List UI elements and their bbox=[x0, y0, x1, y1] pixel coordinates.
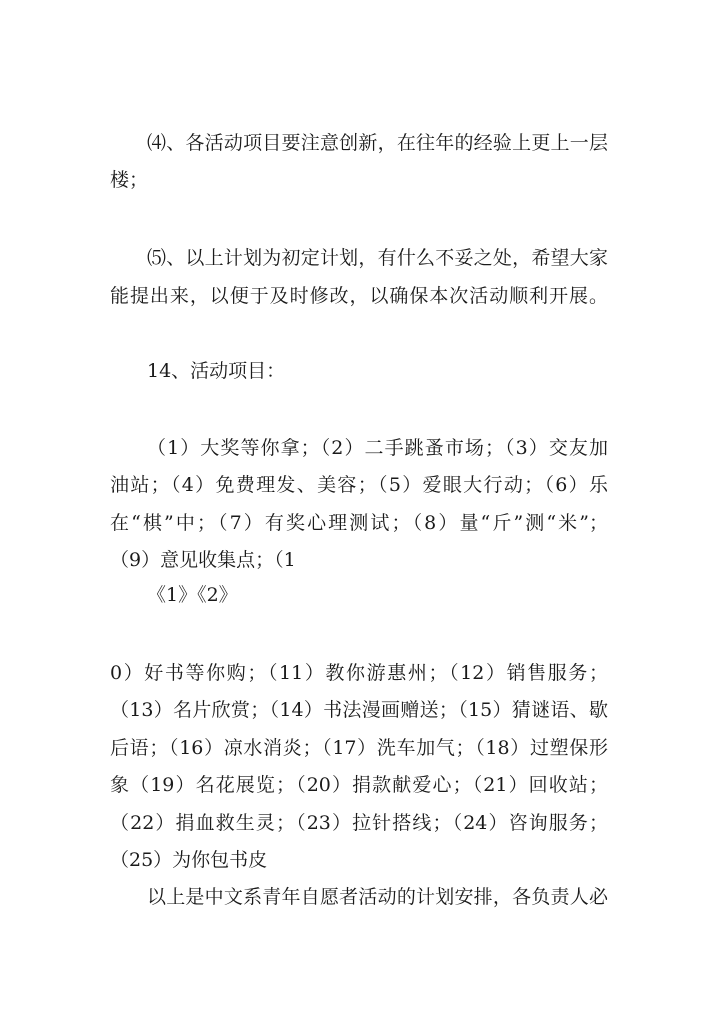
activity-line-2: 油站；（4）免费理发、美容；（5）爱眼大行动；（6）乐 bbox=[110, 473, 608, 497]
activity-line-10: （25）为你包书皮 bbox=[110, 848, 608, 872]
section-14-heading: 14、活动项目： bbox=[147, 359, 285, 383]
note-5-line-1: ⑸、以上计划为初定计划，有什么不妥之处，希望大家 bbox=[147, 246, 608, 270]
document-page: ⑷、各活动项目要注意创新，在往年的经验上更上一层 楼； ⑸、以上计划为初定计划，… bbox=[0, 0, 720, 1017]
note-5-line-2: 能提出来，以便于及时修改，以确保本次活动顺利开展。 bbox=[110, 284, 608, 308]
note-4-line-1: ⑷、各活动项目要注意创新，在往年的经验上更上一层 bbox=[147, 131, 608, 155]
activity-line-6: （13）名片欣赏；（14）书法漫画赠送；（15）猜谜语、歇 bbox=[110, 698, 608, 722]
activity-line-9: （22）捐血救生灵；（23）拉针搭线；（24）咨询服务； bbox=[110, 811, 608, 835]
page-marker: 《1》《2》 bbox=[147, 583, 238, 607]
note-4-line-2: 楼； bbox=[110, 168, 608, 192]
activity-line-1: （1）大奖等你拿；（2）二手跳蚤市场；（3）交友加 bbox=[147, 436, 608, 460]
activity-line-3: 在“棋”中；（7）有奖心理测试；（8）量“斤”测“米”； bbox=[110, 511, 608, 535]
activity-line-4: （9）意见收集点；（1 bbox=[110, 548, 608, 572]
activity-line-5: 0）好书等你购；（11）教你游惠州；（12）销售服务； bbox=[110, 661, 608, 685]
activity-line-8: 象（19）名花展览；（20）捐款献爱心；（21）回收站； bbox=[110, 773, 608, 797]
activity-line-7: 后语；（16）凉水消炎；（17）洗车加气；（18）过塑保形 bbox=[110, 736, 608, 760]
closing-line-1: 以上是中文系青年自愿者活动的计划安排，各负责人必 bbox=[147, 885, 608, 909]
